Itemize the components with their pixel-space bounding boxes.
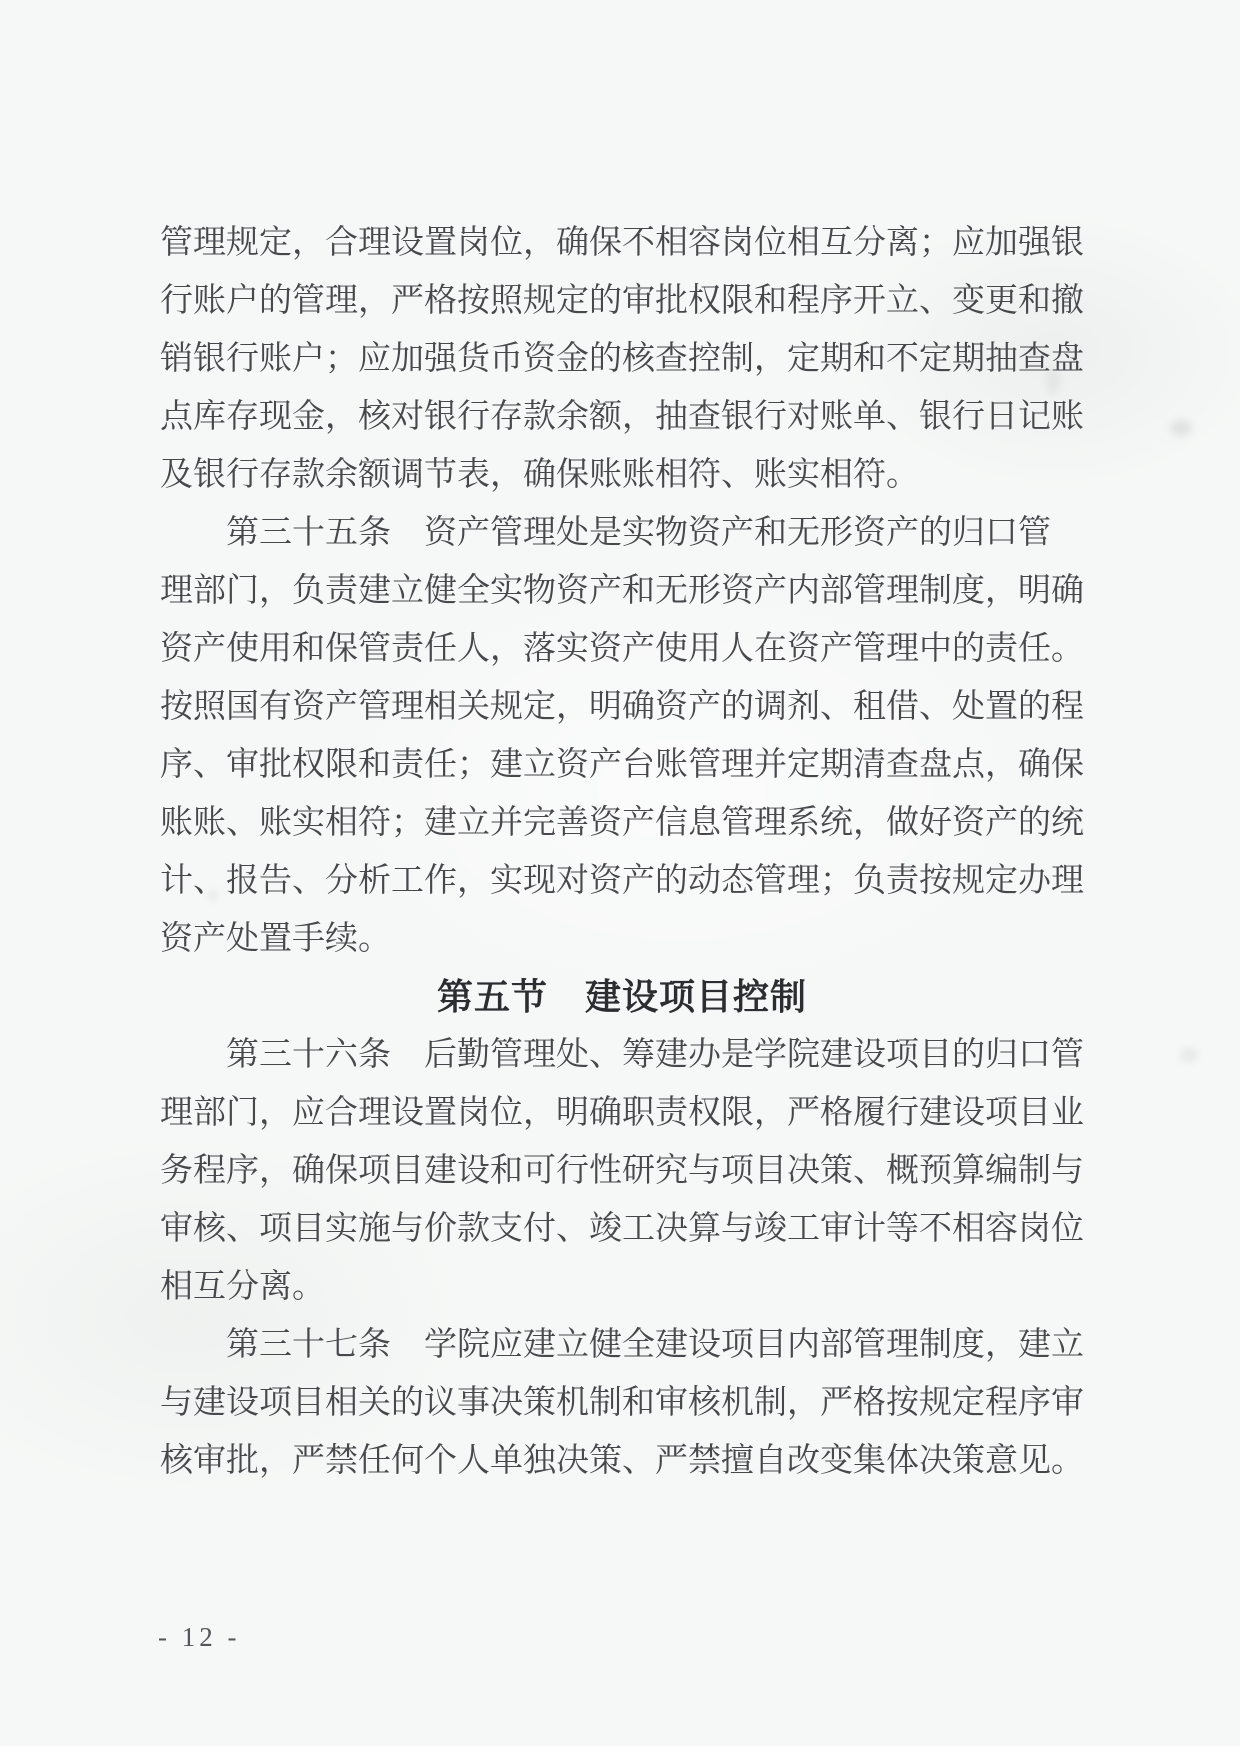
text-line: 账账、账实相符；建立并完善资产信息管理系统，做好资产的统 (160, 794, 1084, 852)
text-line: 第三十五条 资产管理处是实物资产和无形资产的归口管 (160, 504, 1084, 562)
scan-smudge (1180, 1048, 1198, 1062)
document-text-block: 管理规定，合理设置岗位，确保不相容岗位相互分离；应加强银行账户的管理，严格按照规… (160, 214, 1084, 1490)
page-number: - 12 - (158, 1622, 240, 1653)
text-line: 审核、项目实施与价款支付、竣工决算与竣工审计等不相容岗位 (160, 1200, 1084, 1258)
text-line: 行账户的管理，严格按照规定的审批权限和程序开立、变更和撤 (160, 272, 1084, 330)
text-line: 相互分离。 (160, 1258, 1084, 1316)
text-line: 资产使用和保管责任人，落实资产使用人在资产管理中的责任。 (160, 620, 1084, 678)
scanned-document-page: 管理规定，合理设置岗位，确保不相容岗位相互分离；应加强银行账户的管理，严格按照规… (0, 0, 1240, 1755)
section-heading: 第五节 建设项目控制 (160, 968, 1084, 1026)
text-line: 务程序，确保项目建设和可行性研究与项目决策、概预算编制与 (160, 1142, 1084, 1200)
text-line: 理部门，应合理设置岗位，明确职责权限，严格履行建设项目业 (160, 1084, 1084, 1142)
text-line: 第三十六条 后勤管理处、筹建办是学院建设项目的归口管 (160, 1026, 1084, 1084)
text-line: 管理规定，合理设置岗位，确保不相容岗位相互分离；应加强银 (160, 214, 1084, 272)
text-line: 计、报告、分析工作，实现对资产的动态管理；负责按规定办理 (160, 852, 1084, 910)
text-line: 按照国有资产管理相关规定，明确资产的调剂、租借、处置的程 (160, 678, 1084, 736)
text-line: 资产处置手续。 (160, 910, 1084, 968)
text-line: 及银行存款余额调节表，确保账账相符、账实相符。 (160, 446, 1084, 504)
text-line: 第三十七条 学院应建立健全建设项目内部管理制度，建立 (160, 1316, 1084, 1374)
scan-bottom-edge (0, 1746, 1240, 1755)
text-line: 销银行账户；应加强货币资金的核查控制，定期和不定期抽查盘 (160, 330, 1084, 388)
scan-smudge (1170, 420, 1192, 436)
text-line: 与建设项目相关的议事决策机制和审核机制，严格按规定程序审 (160, 1374, 1084, 1432)
text-line: 理部门，负责建立健全实物资产和无形资产内部管理制度，明确 (160, 562, 1084, 620)
text-line: 核审批，严禁任何个人单独决策、严禁擅自改变集体决策意见。 (160, 1432, 1084, 1490)
text-line: 点库存现金，核对银行存款余额，抽查银行对账单、银行日记账 (160, 388, 1084, 446)
text-line: 序、审批权限和责任；建立资产台账管理并定期清查盘点，确保 (160, 736, 1084, 794)
